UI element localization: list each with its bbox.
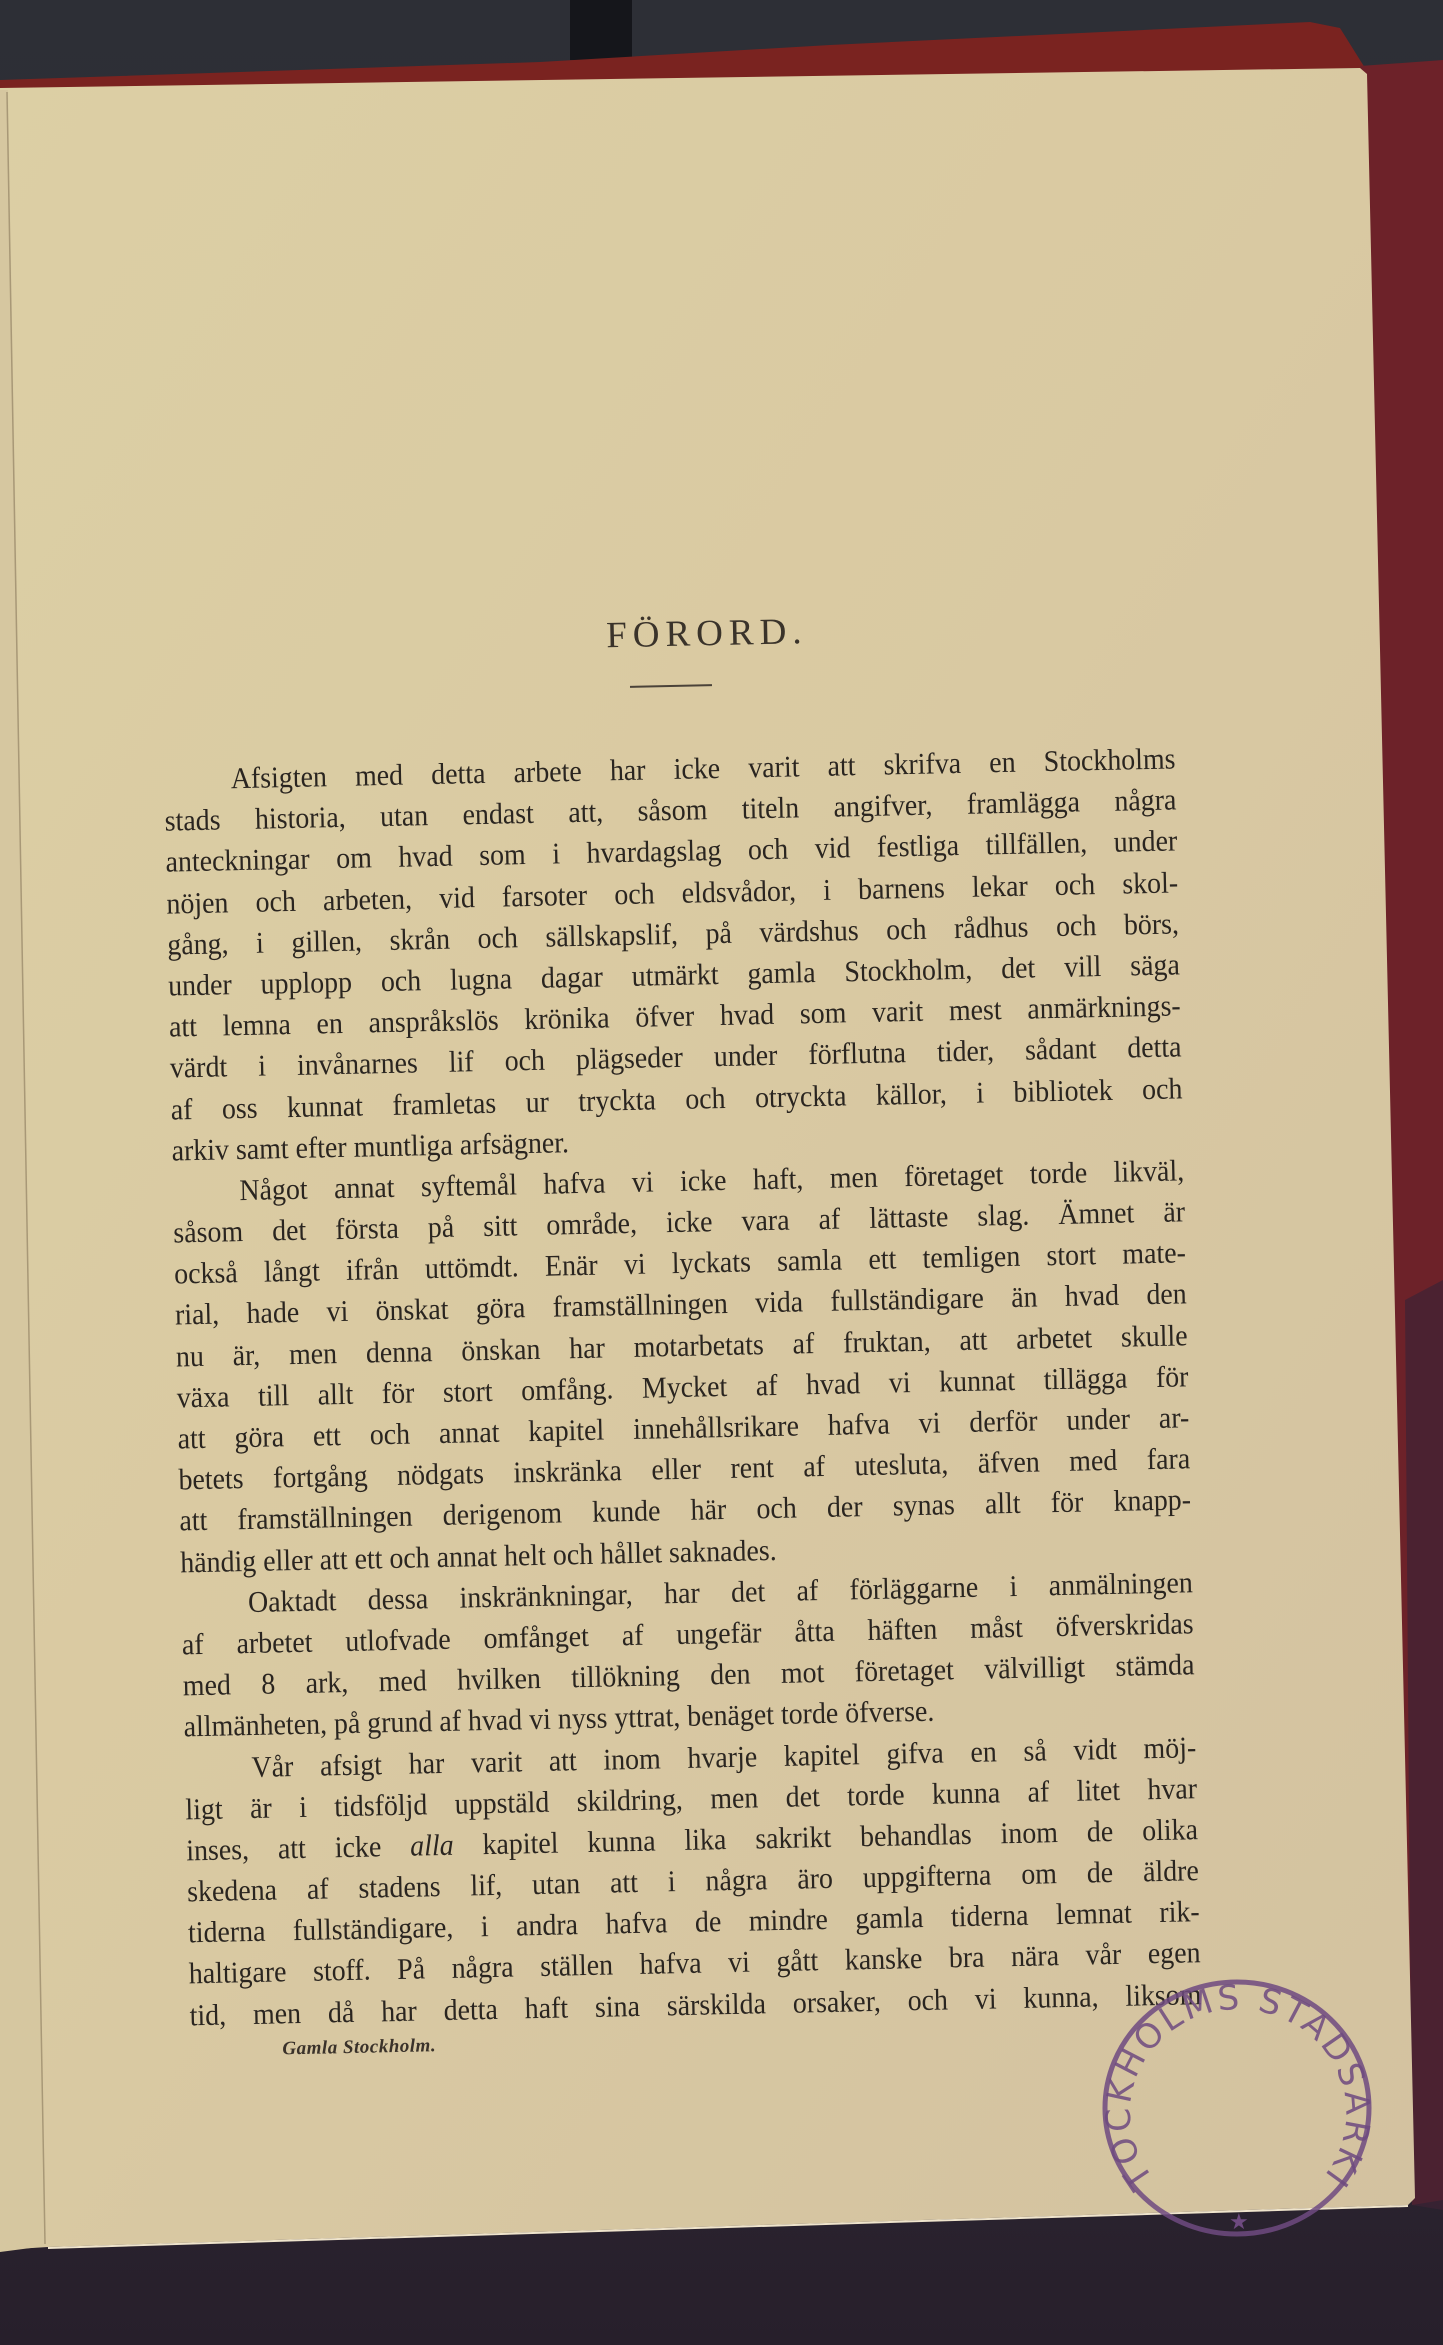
preface-body: Afsigten med detta arbete har icke varit… — [163, 738, 1201, 2036]
paragraph-3: Oaktadt dessa inskränkningar, har det af… — [181, 1562, 1196, 1748]
page-title: FÖRORD. — [556, 609, 857, 658]
emphasis-word: alla — [410, 1829, 454, 1863]
paragraph-1: Afsigten med detta arbete har icke varit… — [163, 738, 1183, 1171]
paragraph-4: Vår afsigt har varit att inom hvarje kap… — [184, 1727, 1202, 2036]
stamp-text: STOCKHOLMS STADSARKIV — [1097, 1977, 1377, 2198]
star-icon: ★ — [1229, 2210, 1249, 2235]
footer-signature: Gamla Stockholm. — [282, 2035, 436, 2060]
archive-stamp: STOCKHOLMS STADSARKIV ★ — [1097, 1977, 1377, 2239]
paragraph-2: Något annat syftemål hafva vi icke haft,… — [172, 1150, 1192, 1583]
